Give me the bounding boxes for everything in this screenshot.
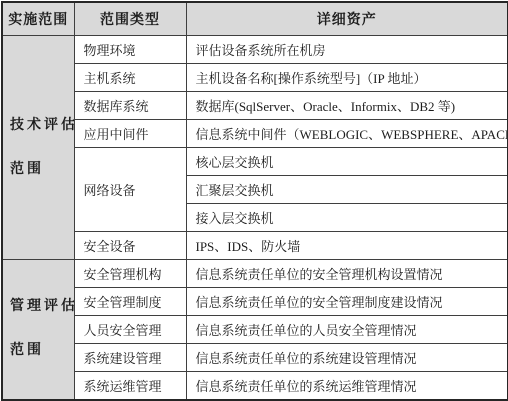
type-cell-security-mgmt-organization: 安全管理机构 xyxy=(74,260,186,288)
scope-label-line: 技术评估 xyxy=(10,104,73,148)
asset-cell: 主机设备名称[操作系统型号]（IP 地址） xyxy=(186,64,508,92)
column-header-detailed-assets: 详细资产 xyxy=(186,2,508,36)
asset-cell: IPS、IDS、防火墙 xyxy=(186,232,508,260)
table-row: 应用中间件 信息系统中间件（WEBLOGIC、WEBSPHERE、APACHE、… xyxy=(2,120,508,148)
type-cell-system-operation-mgmt: 系统运维管理 xyxy=(74,372,186,400)
type-cell-application-middleware: 应用中间件 xyxy=(74,120,186,148)
column-header-scope-type: 范围类型 xyxy=(74,2,186,36)
table-row: 技术评估 范围 物理环境 评估设备系统所在机房 xyxy=(2,36,508,64)
table-row: 网络设备 核心层交换机 xyxy=(2,148,508,176)
type-cell-host-system: 主机系统 xyxy=(74,64,186,92)
asset-cell: 信息系统责任单位的安全管理机构设置情况 xyxy=(186,260,508,288)
type-cell-network-equipment: 网络设备 xyxy=(74,148,186,232)
table-row: 人员安全管理 信息系统责任单位的人员安全管理情况 xyxy=(2,316,508,344)
assessment-scope-table: 实施范围 范围类型 详细资产 技术评估 范围 物理环境 评估设备系统所在机房 主… xyxy=(1,1,508,401)
asset-cell: 信息系统责任单位的安全管理制度建设情况 xyxy=(186,288,508,316)
table-row: 安全管理制度 信息系统责任单位的安全管理制度建设情况 xyxy=(2,288,508,316)
table-row: 系统运维管理 信息系统责任单位的系统运维管理情况 xyxy=(2,372,508,400)
scope-cell-management-assessment: 管理评估 范围 xyxy=(2,260,74,400)
type-cell-security-equipment: 安全设备 xyxy=(74,232,186,260)
scope-cell-technical-assessment: 技术评估 范围 xyxy=(2,36,74,260)
table-header-row: 实施范围 范围类型 详细资产 xyxy=(2,2,508,36)
asset-cell: 信息系统责任单位的人员安全管理情况 xyxy=(186,316,508,344)
type-cell-system-construction-mgmt: 系统建设管理 xyxy=(74,344,186,372)
asset-cell: 数据库(SqlServer、Oracle、Informix、DB2 等) xyxy=(186,92,508,120)
type-cell-personnel-security-mgmt: 人员安全管理 xyxy=(74,316,186,344)
table-row: 安全设备 IPS、IDS、防火墙 xyxy=(2,232,508,260)
type-cell-database-system: 数据库系统 xyxy=(74,92,186,120)
scope-label-line: 范围 xyxy=(10,329,73,373)
asset-cell: 核心层交换机 xyxy=(186,148,508,176)
table-row: 数据库系统 数据库(SqlServer、Oracle、Informix、DB2 … xyxy=(2,92,508,120)
asset-cell: 接入层交换机 xyxy=(186,204,508,232)
asset-cell: 汇聚层交换机 xyxy=(186,176,508,204)
scope-label-line: 管理评估 xyxy=(10,285,73,329)
scope-label-line: 范围 xyxy=(10,148,73,192)
type-cell-security-mgmt-policy: 安全管理制度 xyxy=(74,288,186,316)
table-row: 管理评估 范围 安全管理机构 信息系统责任单位的安全管理机构设置情况 xyxy=(2,260,508,288)
asset-cell: 信息系统责任单位的系统建设管理情况 xyxy=(186,344,508,372)
table-row: 系统建设管理 信息系统责任单位的系统建设管理情况 xyxy=(2,344,508,372)
type-cell-physical-environment: 物理环境 xyxy=(74,36,186,64)
asset-cell: 信息系统中间件（WEBLOGIC、WEBSPHERE、APACHE、TOMCAT… xyxy=(186,120,508,148)
asset-cell: 信息系统责任单位的系统运维管理情况 xyxy=(186,372,508,400)
asset-cell: 评估设备系统所在机房 xyxy=(186,36,508,64)
column-header-implementation-scope: 实施范围 xyxy=(2,2,74,36)
table-row: 主机系统 主机设备名称[操作系统型号]（IP 地址） xyxy=(2,64,508,92)
